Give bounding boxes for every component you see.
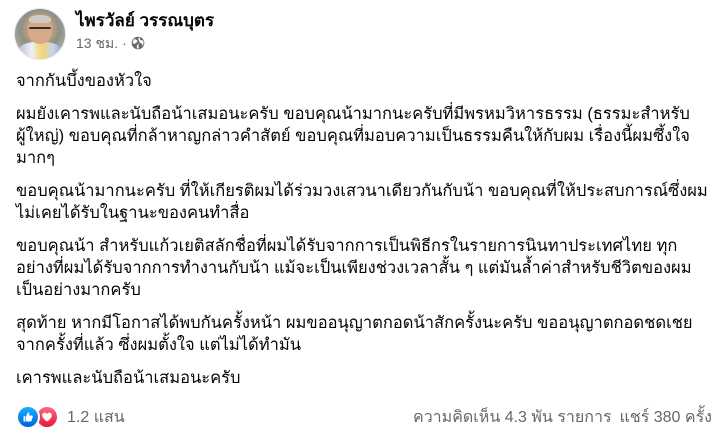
avatar-hair [29, 15, 51, 23]
avatar-shirt [19, 42, 61, 60]
author-avatar[interactable] [14, 8, 66, 60]
post-footer: 1.2 แสน ความคิดเห็น 4.3 พัน รายการ แชร์ … [16, 404, 712, 430]
post-paragraph: ขอบคุณน้ามากนะครับ ที่ให้เกียรติผมได้ร่ว… [16, 180, 716, 224]
author-block: ไพรวัลย์ วรรณบุตร 13 ชม. · [76, 8, 214, 52]
meta-separator: · [122, 34, 127, 52]
post-text-line: ผู้ใหญ่) ขอบคุณที่กล้าหาญกล่าวคำสัตย์ ขอ… [16, 125, 716, 147]
facebook-post: ไพรวัลย์ วรรณบุตร 13 ชม. · จากกันบึ้งของ… [0, 0, 728, 444]
post-paragraph: ขอบคุณน้า สำหรับแก้วเยติสลักชื่อที่ผมได้… [16, 235, 716, 301]
post-header: ไพรวัลย์ วรรณบุตร 13 ชม. · [14, 8, 214, 62]
post-text-line: จากครั้งที่แล้ว ซึ่งผมตั้งใจ แต่ไม่ได้ทำ… [16, 334, 716, 356]
post-text-line: ขอบคุณน้า สำหรับแก้วเยติสลักชื่อที่ผมได้… [16, 235, 716, 257]
engagement-stats: ความคิดเห็น 4.3 พัน รายการ แชร์ 380 ครั้… [413, 405, 712, 430]
post-text-line: จากกันบึ้งของหัวใจ [16, 70, 716, 92]
post-text-line: อย่างที่ผมได้รับจากการทำงานกับน้า แม้จะเ… [16, 257, 716, 279]
post-meta: 13 ชม. · [76, 34, 214, 52]
comments-count-link[interactable]: ความคิดเห็น 4.3 พัน รายการ [413, 405, 612, 430]
post-paragraph: จากกันบึ้งของหัวใจ [16, 70, 716, 92]
avatar-glasses [29, 27, 51, 34]
globe-icon[interactable] [131, 36, 145, 50]
post-text-line: ผมยังเคารพและนับถือน้าเสมอนะครับ ขอบคุณน… [16, 103, 716, 125]
post-timestamp[interactable]: 13 ชม. [76, 34, 118, 52]
post-text-line: ขอบคุณน้ามากนะครับ ที่ให้เกียรติผมได้ร่ว… [16, 180, 716, 202]
post-body: จากกันบึ้งของหัวใจ ผมยังเคารพและนับถือน้… [16, 70, 716, 400]
post-paragraph: ผมยังเคารพและนับถือน้าเสมอนะครับ ขอบคุณน… [16, 103, 716, 169]
reactions-summary[interactable]: 1.2 แสน [16, 405, 125, 430]
post-text-line: สุดท้าย หากมีโอกาสได้พบกันครั้งหน้า ผมขอ… [16, 312, 716, 334]
like-icon [16, 405, 40, 429]
post-text-line: เป็นอย่างมากครับ [16, 279, 716, 301]
author-name[interactable]: ไพรวัลย์ วรรณบุตร [76, 10, 214, 32]
post-text-line: มากๆ [16, 147, 716, 169]
post-text-line: เคารพและนับถือน้าเสมอนะครับ [16, 367, 716, 389]
reaction-count: 1.2 แสน [67, 405, 125, 430]
post-paragraph: เคารพและนับถือน้าเสมอนะครับ [16, 367, 716, 389]
post-text-line: ไม่เคยได้รับในฐานะของคนทำสื่อ [16, 202, 716, 224]
post-paragraph: สุดท้าย หากมีโอกาสได้พบกันครั้งหน้า ผมขอ… [16, 312, 716, 356]
shares-count-link[interactable]: แชร์ 380 ครั้ง [620, 405, 712, 430]
